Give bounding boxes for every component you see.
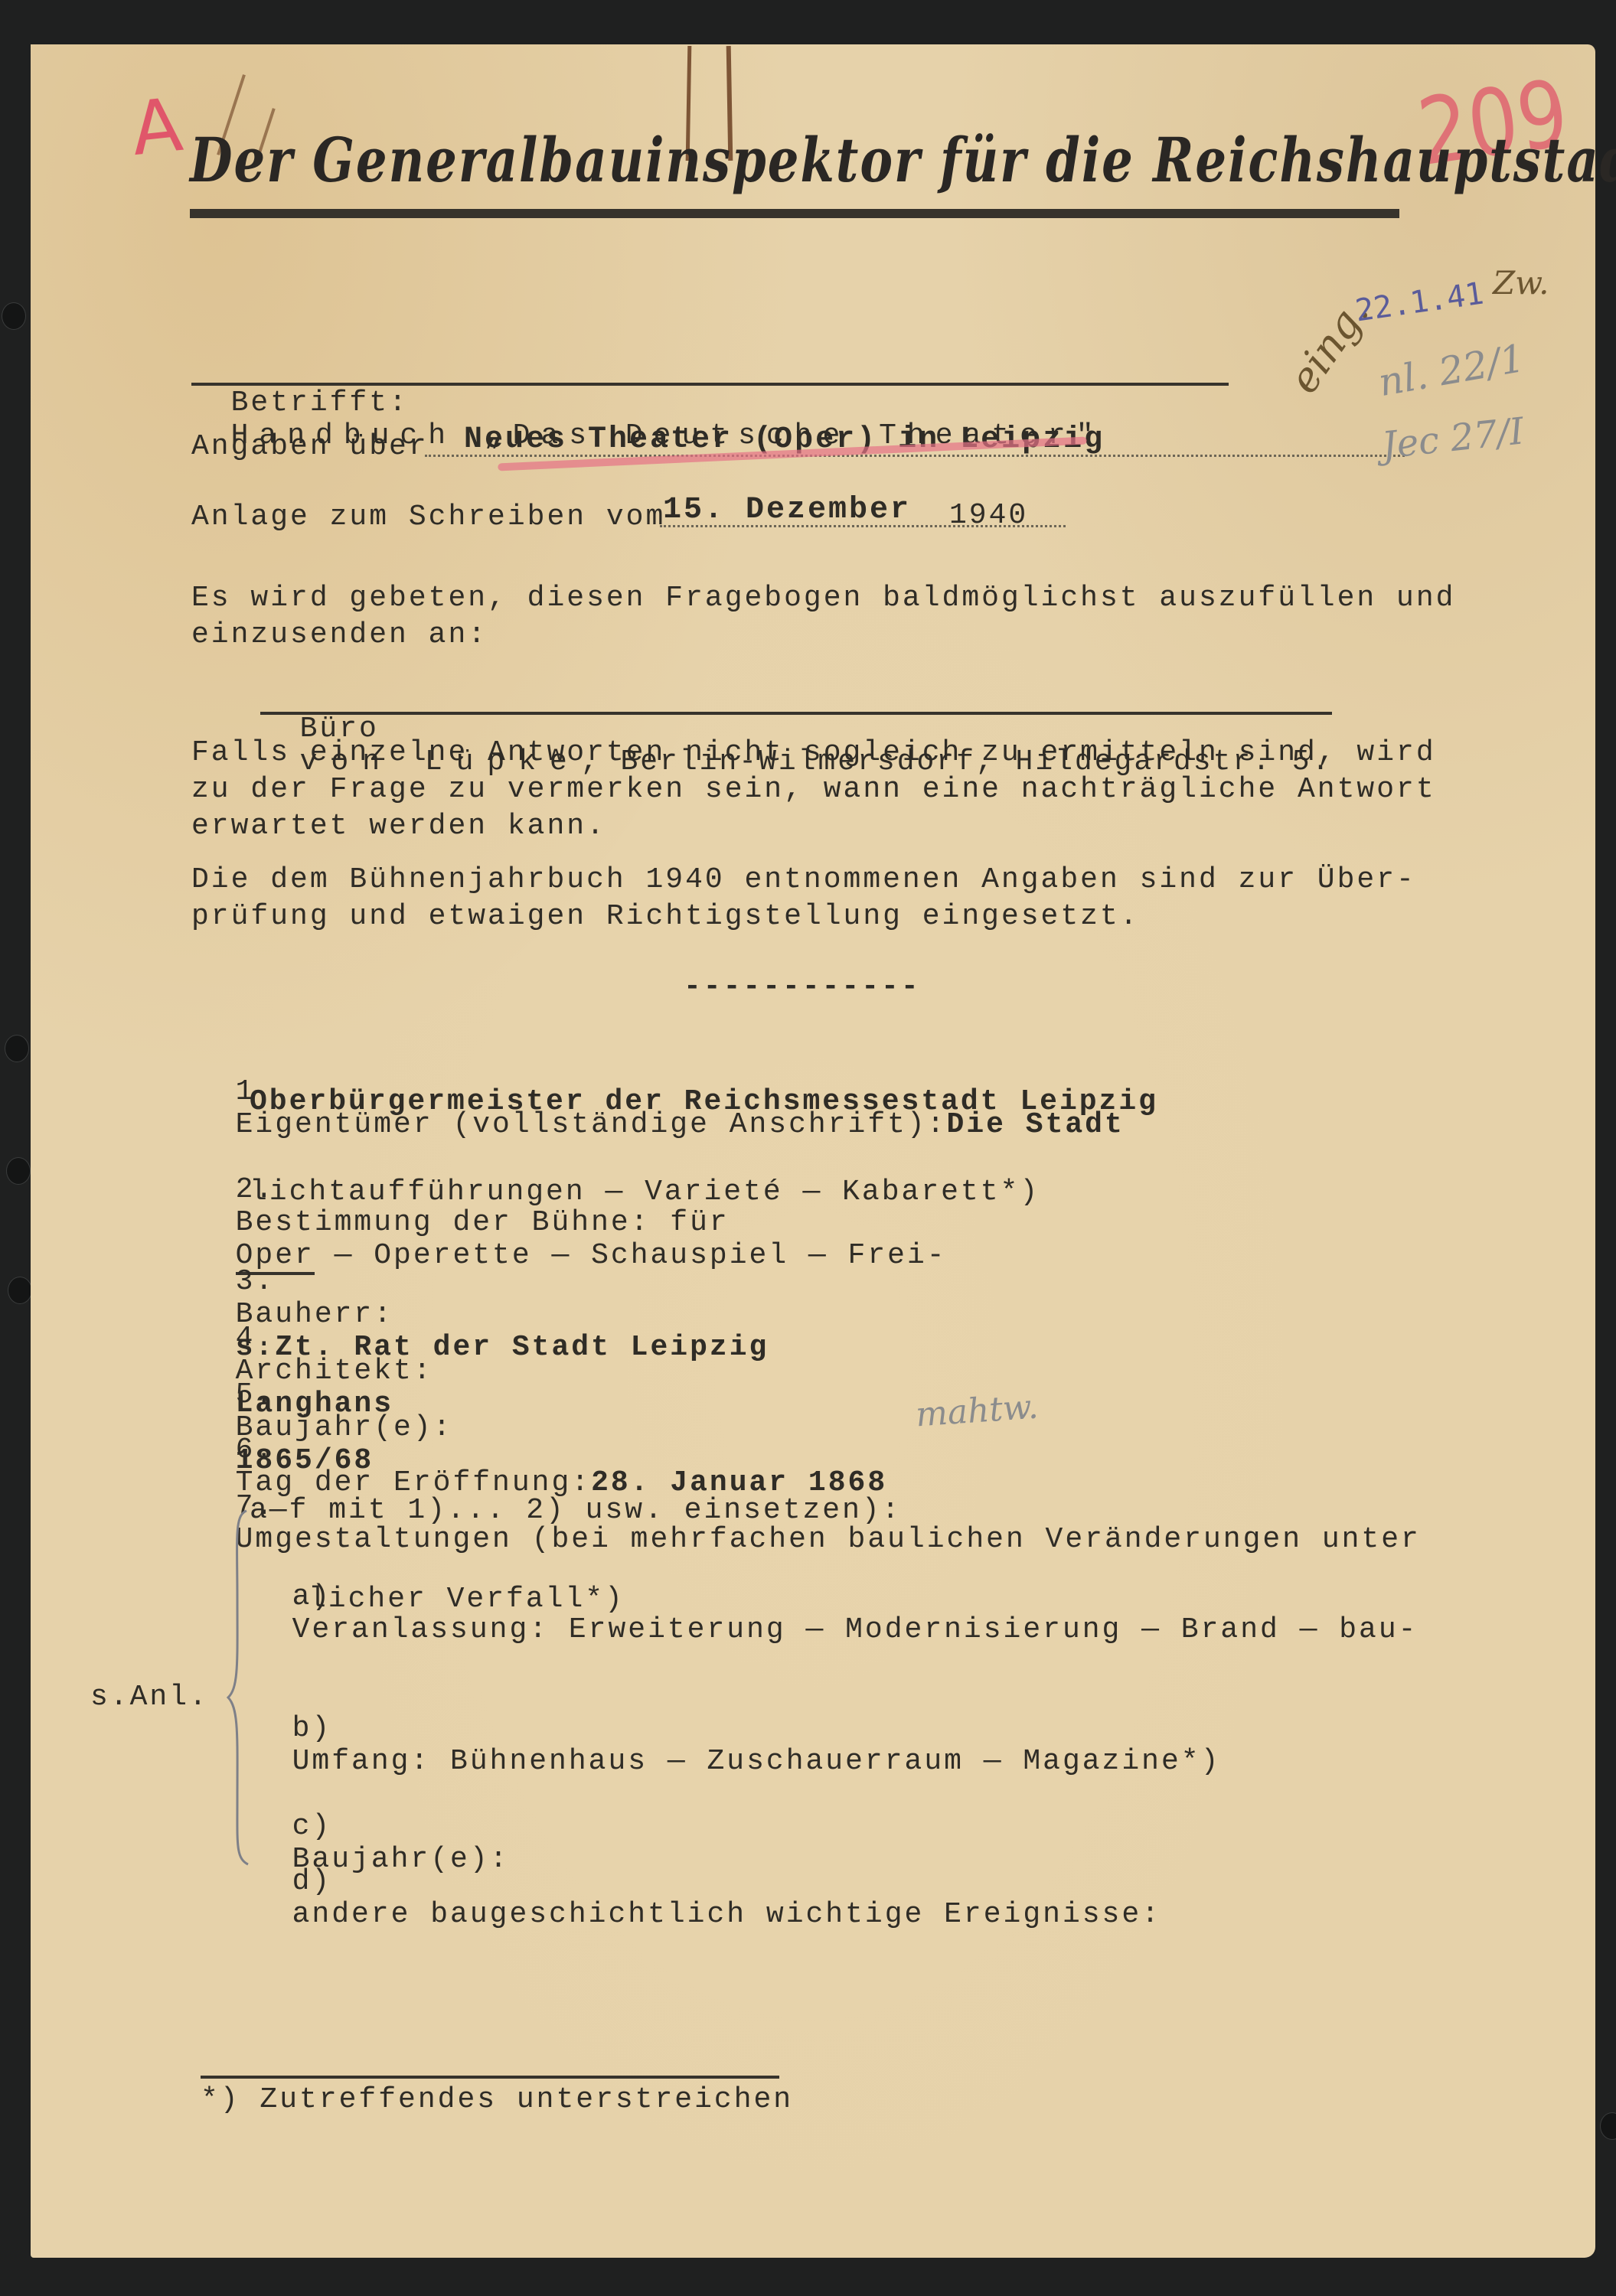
note-line-2: zu der Frage zu vermerken sein, wann ein… [191, 773, 1436, 806]
about-label: Angaben über [191, 430, 429, 463]
pencil-brace-icon [222, 1508, 253, 1867]
binding-hole [6, 1157, 31, 1185]
q7d-text: andere baugeschichtlich wichtige Ereigni… [292, 1898, 1161, 1931]
q7-label-line-2: a—f mit 1)... 2) usw. einsetzen): [250, 1494, 902, 1527]
address-underline [260, 712, 1332, 715]
q7b-text: Umfang: Bühnenhaus — Zuschauerraum — Mag… [292, 1745, 1221, 1778]
binding-hole [8, 1277, 32, 1304]
letterhead-rule [190, 209, 1399, 218]
q2-options-line-2: lichtaufführungen — Varieté — Kabarett*) [250, 1176, 1040, 1208]
enclosure-date[interactable]: 15. Dezember [663, 493, 911, 527]
note-line-3: erwartet werden kann. [191, 810, 606, 843]
subject-underline [191, 383, 1229, 386]
q7a-text: Veranlassung: Erweiterung — Modernisieru… [292, 1613, 1418, 1646]
binding-hole [2, 302, 26, 330]
enclosure-label: Anlage zum Schreiben vom [191, 501, 665, 533]
binding-hole [1600, 2112, 1616, 2140]
request-line-1: Es wird gebeten, diesen Fragebogen baldm… [191, 582, 1455, 615]
source-line-1: Die dem Bühnenjahrbuch 1940 entnommenen … [191, 863, 1416, 896]
q7d-key: d) [292, 1865, 332, 1898]
subject-label: Betrifft: [231, 386, 409, 419]
received-initials: Zw. [1493, 264, 1549, 302]
request-line-2: einzusenden an: [191, 618, 488, 651]
margin-note-see-enclosure: s.Anl. [90, 1681, 209, 1714]
red-mark-letter: A [127, 82, 186, 172]
section-separator: ------------ [684, 970, 921, 1003]
footnote-rule [201, 2076, 779, 2079]
q7b-key: b) [292, 1712, 332, 1745]
enclosure-year[interactable]: 1940 [949, 499, 1028, 532]
note-line-1: Falls einzelne Antworten nicht sogleich … [191, 736, 1436, 769]
q7d: d) andere baugeschichtlich wichtige Erei… [253, 1832, 1161, 1931]
footnote: *) Zutreffendes unterstreichen [201, 2083, 793, 2116]
q1-answer-line-2[interactable]: Oberbürgermeister der Reichsmessestadt L… [250, 1085, 1158, 1118]
source-line-2: prüfung und etwaigen Richtigstellung ein… [191, 900, 1140, 933]
q7a-line-2: licher Verfall*) [309, 1583, 625, 1616]
q7b: b) Umfang: Bühnenhaus — Zuschauerraum — … [253, 1679, 1220, 1778]
letterhead-title: Der Generalbauinspektor für die Reichsha… [190, 125, 1616, 197]
binding-hole [5, 1035, 29, 1062]
